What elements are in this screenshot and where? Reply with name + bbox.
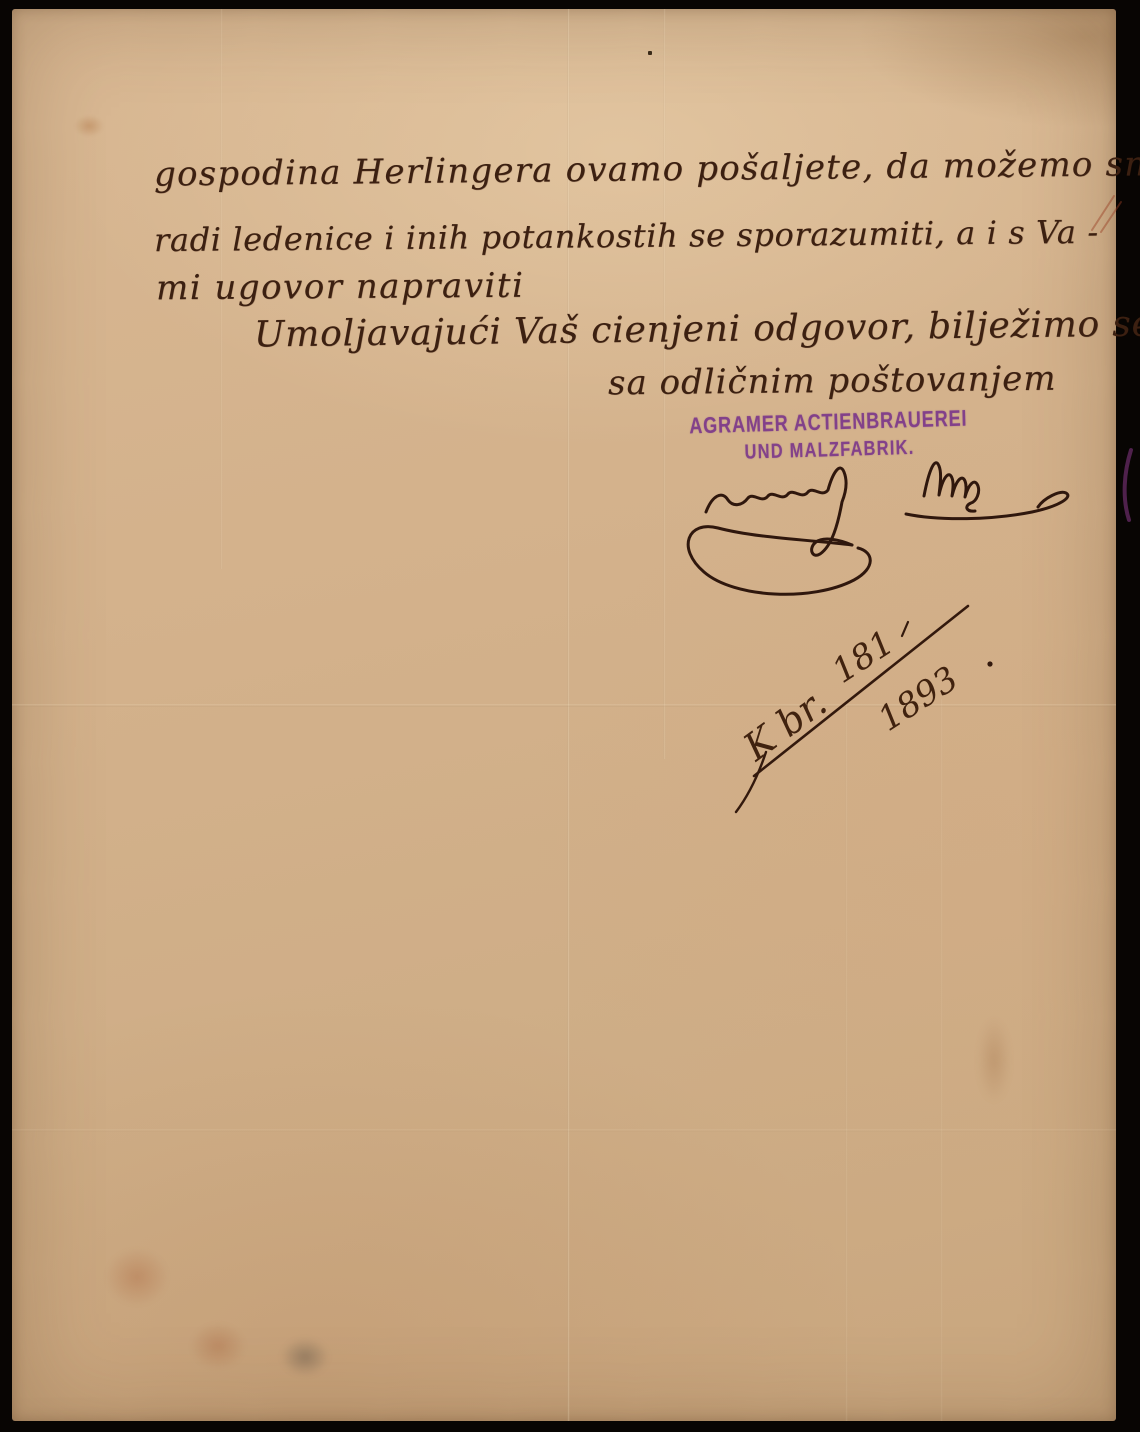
stain-rust [104, 1247, 170, 1307]
fold-line-horizontal [12, 1129, 1116, 1132]
stain-smudge [977, 1017, 1011, 1103]
brewery-stamp: AGRAMER ACTIENBRAUEREI UND MALZFABRIK. [663, 406, 994, 466]
stamp-line-2: UND MALZFABRIK. [744, 436, 915, 465]
stamp-ink-smear [1125, 450, 1131, 520]
stain-rust [188, 1321, 248, 1371]
stain-rust [74, 115, 104, 137]
letter-line-3: mi ugovor napraviti [156, 266, 525, 309]
fold-line-vertical [845, 699, 848, 1421]
letter-line-2: radi ledenice i inih potankostih se spor… [154, 213, 1099, 259]
fold-line-vertical [940, 699, 943, 1421]
letter-line-1: gospodina Herlingera ovamo pošaljete, da… [154, 143, 1140, 194]
letter-line-4: Umoljavajući Vaš cienjeni odgovor, bilje… [254, 304, 1140, 356]
scan-background: gospodina Herlingera ovamo pošaljete, da… [0, 0, 1140, 1432]
stain-graphite [280, 1337, 330, 1377]
paper: gospodina Herlingera ovamo pošaljete, da… [12, 9, 1116, 1421]
letter-line-5: sa odličnim poštovanjem [608, 359, 1057, 404]
fold-line-horizontal [12, 704, 1116, 707]
stain-speck [648, 51, 652, 55]
